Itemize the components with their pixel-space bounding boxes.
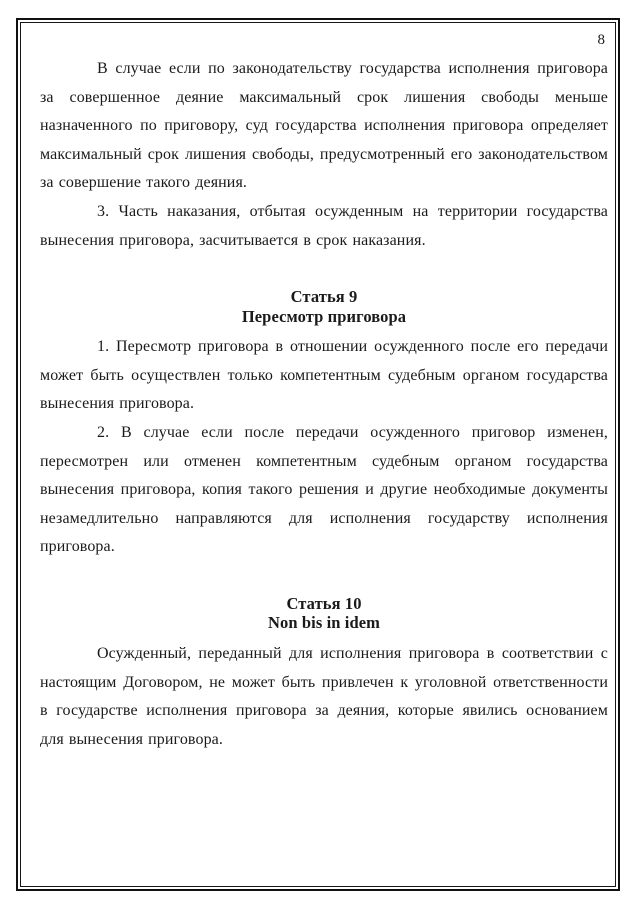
scanned-document-page: 8 В случае если по законодательству госу… [0, 0, 640, 905]
article-9-heading: Статья 9 Пересмотр приговора [40, 287, 608, 326]
page-content: 8 В случае если по законодательству госу… [21, 23, 615, 754]
page-number: 8 [40, 31, 608, 50]
article-10-paragraph-1: Осужденный, переданный для исполнения пр… [40, 640, 608, 754]
paragraph-clause-3: 3. Часть наказания, отбытая осужденным н… [40, 198, 608, 255]
article-10-heading: Статья 10 Non bis in idem [40, 594, 608, 633]
paragraph-continuation: В случае если по законодательству госуда… [40, 55, 608, 198]
article-9-paragraph-2: 2. В случае если после передачи осужденн… [40, 419, 608, 562]
page-border-outer: 8 В случае если по законодательству госу… [16, 18, 620, 891]
article-9-paragraph-1: 1. Пересмотр приговора в отношении осужд… [40, 333, 608, 419]
article-9-title: Статья 9 [40, 287, 608, 307]
article-10-title: Статья 10 [40, 594, 608, 614]
article-9-subtitle: Пересмотр приговора [40, 307, 608, 327]
article-10-subtitle: Non bis in idem [40, 613, 608, 633]
page-border-inner: 8 В случае если по законодательству госу… [20, 22, 616, 887]
